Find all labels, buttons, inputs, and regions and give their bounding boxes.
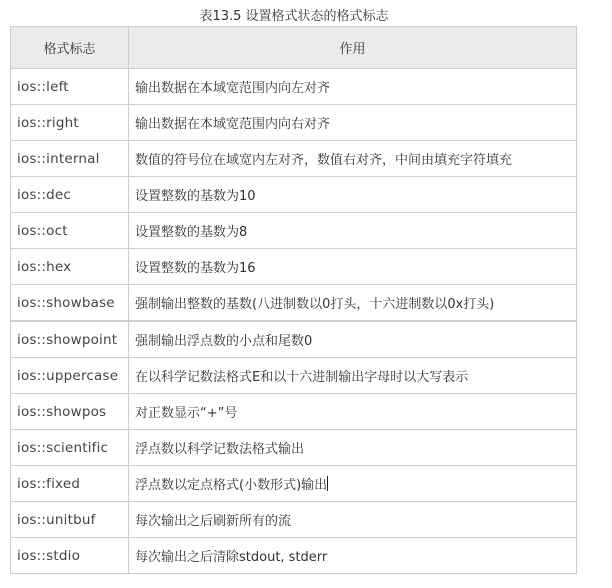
desc-cell: 每次输出之后清除stdout, stderr [129, 538, 577, 574]
table-row: ios::unitbuf每次输出之后刷新所有的流 [11, 502, 577, 538]
table-row: ios::uppercase在以科学记数法格式E和以十六进制输出字母时以大写表示 [11, 358, 577, 394]
format-flags-table: 格式标志 作用 ios::left输出数据在本域宽范围内向左对齐 ios::ri… [10, 26, 577, 574]
flag-cell: ios::right [11, 105, 129, 141]
table-row: ios::right输出数据在本域宽范围内向右对齐 [11, 105, 577, 141]
table-row: ios::dec设置整数的基数为10 [11, 177, 577, 213]
table-row: ios::stdio每次输出之后清除stdout, stderr [11, 538, 577, 574]
text-cursor [327, 476, 328, 491]
table-row: ios::showpos对正数显示“+”号 [11, 394, 577, 430]
table-row: ios::left输出数据在本域宽范围内向左对齐 [11, 69, 577, 105]
desc-cell: 强制输出浮点数的小点和尾数0 [129, 321, 577, 358]
desc-cell: 设置整数的基数为16 [129, 249, 577, 285]
flag-cell: ios::dec [11, 177, 129, 213]
flag-cell: ios::showpoint [11, 321, 129, 358]
table-row: ios::scientific浮点数以科学记数法格式输出 [11, 430, 577, 466]
table-row: ios::hex设置整数的基数为16 [11, 249, 577, 285]
desc-cell: 每次输出之后刷新所有的流 [129, 502, 577, 538]
flag-cell: ios::oct [11, 213, 129, 249]
table-row: ios::showpoint强制输出浮点数的小点和尾数0 [11, 321, 577, 358]
table-row: ios::oct设置整数的基数为8 [11, 213, 577, 249]
header-flag: 格式标志 [11, 27, 129, 69]
desc-cell: 输出数据在本域宽范围内向右对齐 [129, 105, 577, 141]
table-row: ios::internal数值的符号位在域宽内左对齐，数值右对齐，中间由填充字符… [11, 141, 577, 177]
flag-cell: ios::hex [11, 249, 129, 285]
desc-cell: 输出数据在本域宽范围内向左对齐 [129, 69, 577, 105]
table-caption: 表13.5 设置格式状态的格式标志 [0, 5, 588, 24]
flag-cell: ios::showpos [11, 394, 129, 430]
desc-cell: 数值的符号位在域宽内左对齐，数值右对齐，中间由填充字符填充 [129, 141, 577, 177]
desc-cell: 强制输出整数的基数(八进制数以0打头，十六进制数以0x打头) [129, 285, 577, 322]
flag-cell: ios::unitbuf [11, 502, 129, 538]
flag-cell: ios::fixed [11, 466, 129, 502]
flag-cell: ios::stdio [11, 538, 129, 574]
flag-cell: ios::scientific [11, 430, 129, 466]
header-purpose: 作用 [129, 27, 577, 69]
desc-cell: 设置整数的基数为10 [129, 177, 577, 213]
desc-cell: 对正数显示“+”号 [129, 394, 577, 430]
flag-cell: ios::left [11, 69, 129, 105]
table-row: ios::fixed浮点数以定点格式(小数形式)输出 [11, 466, 577, 502]
table-header-row: 格式标志 作用 [11, 27, 577, 69]
flag-cell: ios::showbase [11, 285, 129, 322]
desc-cell-editing[interactable]: 浮点数以定点格式(小数形式)输出 [129, 466, 577, 502]
flag-cell: ios::internal [11, 141, 129, 177]
flag-cell: ios::uppercase [11, 358, 129, 394]
desc-cell: 在以科学记数法格式E和以十六进制输出字母时以大写表示 [129, 358, 577, 394]
desc-cell: 设置整数的基数为8 [129, 213, 577, 249]
desc-cell: 浮点数以科学记数法格式输出 [129, 430, 577, 466]
desc-text: 浮点数以定点格式(小数形式)输出 [135, 478, 327, 493]
table-row: ios::showbase强制输出整数的基数(八进制数以0打头，十六进制数以0x… [11, 285, 577, 322]
